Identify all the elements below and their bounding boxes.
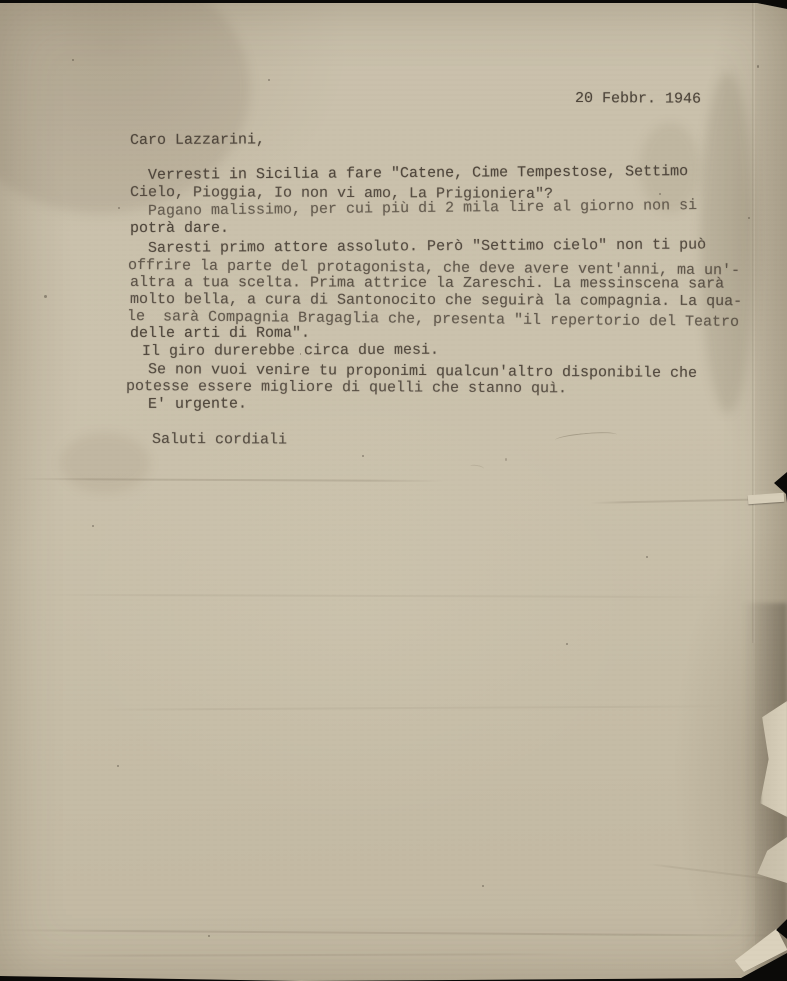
paper-speck (72, 59, 74, 61)
letter-line: E' urgente. (130, 394, 770, 413)
letter-paper: 20 Febbr. 1946 Caro Lazzarini, Verresti … (0, 3, 787, 981)
letter-closing: Saluti cordiali (152, 431, 287, 448)
letter-line: delle arti di Roma". (130, 324, 770, 342)
torn-edge-shadow (742, 603, 787, 973)
paper-speck (268, 79, 270, 81)
paper-speck (118, 207, 120, 209)
scanned-letter-page: 20 Febbr. 1946 Caro Lazzarini, Verresti … (0, 0, 787, 981)
letter-line: Il giro durerebbe circa due mesi. (124, 340, 764, 360)
paper-edge-shade (755, 3, 787, 981)
paper-speck (92, 525, 94, 527)
paper-crease (90, 705, 740, 710)
letter-line: Verresti in Sicilia a fare "Catene, Cime… (130, 163, 770, 184)
pencil-mark (470, 464, 485, 471)
paper-speck (300, 353, 301, 355)
paper-speck (748, 217, 750, 219)
letter-line: altra a tua scelta. Prima attrice la Zar… (130, 274, 770, 293)
paper-speck (659, 193, 661, 195)
paper-speck (362, 455, 364, 457)
paper-crease (40, 594, 740, 598)
paper-speck (44, 295, 47, 298)
paper-speck (117, 765, 119, 767)
paper-speck (757, 65, 759, 68)
pencil-mark (555, 430, 618, 444)
torn-edge-flap (748, 493, 785, 504)
paper-speck (208, 935, 210, 937)
paper-crease (590, 498, 780, 504)
letter-line: potrà dare. (130, 219, 770, 237)
paper-crease (648, 863, 777, 881)
torn-edge-flap (754, 837, 787, 883)
scan-grain-overlay (0, 3, 787, 981)
letter-salutation: Caro Lazzarini, (130, 131, 265, 149)
paper-speck (566, 643, 568, 645)
torn-corner-flap (730, 929, 787, 974)
paper-crease (15, 478, 445, 482)
torn-edge-flap (760, 701, 787, 817)
letter-date: 20 Febbr. 1946 (575, 90, 701, 108)
letter-line: Saresti primo attore assoluto. Però "Set… (130, 236, 770, 257)
letter-body: Verresti in Sicilia a fare "Catene, Cime… (130, 167, 770, 413)
paper-speck (646, 556, 648, 558)
letter-line: molto bella, a cura di Santonocito che s… (130, 291, 770, 310)
paper-speck (482, 885, 484, 887)
paper-crease (50, 953, 570, 957)
paper-crease (0, 929, 787, 936)
paper-stain (60, 433, 150, 493)
paper-speck (505, 458, 507, 461)
